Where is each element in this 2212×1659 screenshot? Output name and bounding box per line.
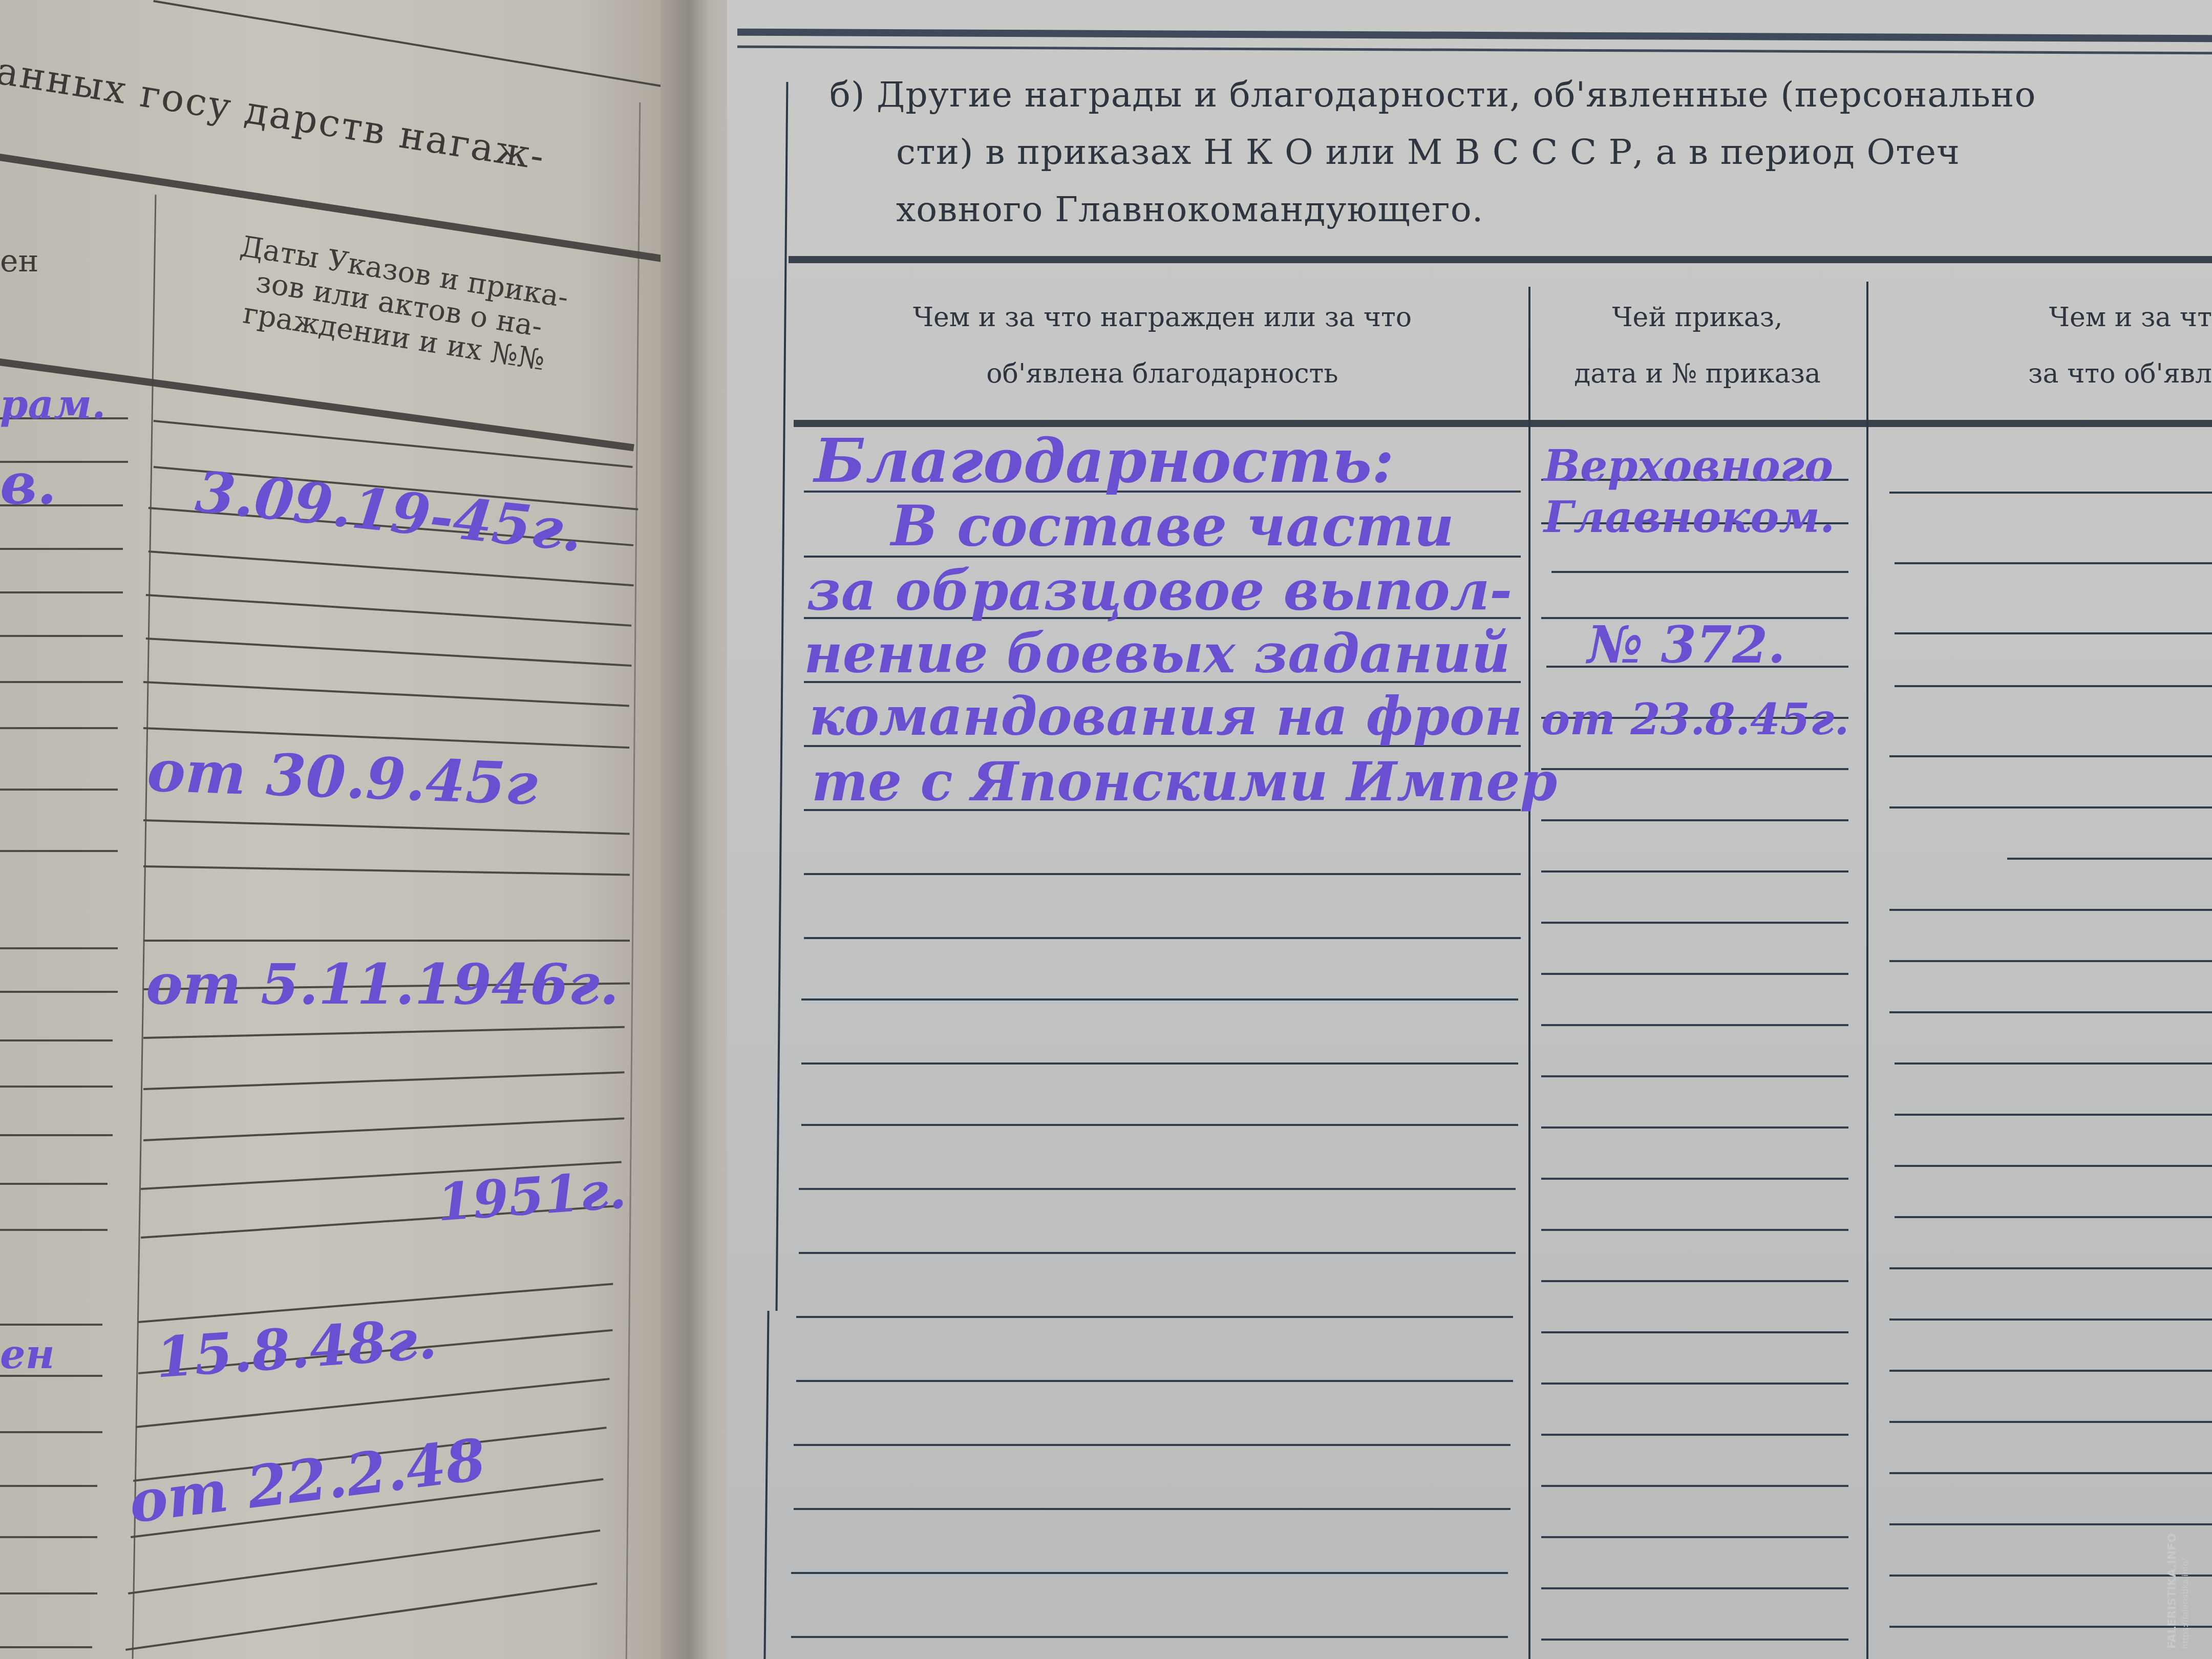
row-rule: [0, 1039, 113, 1041]
row-rule: [143, 1071, 625, 1090]
row-rule: [0, 681, 123, 683]
row-rule: [146, 594, 631, 627]
row-rule: [1541, 1639, 1848, 1641]
row-rule: [801, 998, 1518, 1001]
section-title-line: ховного Главнокомандующего.: [829, 181, 2212, 239]
row-rule: [0, 1485, 97, 1487]
row-rule: [1889, 755, 2212, 757]
row-rule: [1541, 1280, 1848, 1282]
row-rule: [1541, 819, 1848, 821]
row-rule: [791, 1636, 1508, 1638]
header-line: дата и № приказа: [1531, 346, 1864, 402]
row-rule: [143, 681, 629, 707]
row-rule: [143, 865, 630, 876]
row-rule: [794, 1508, 1511, 1510]
row-rule: [0, 1592, 97, 1594]
row-rule: [1541, 1126, 1848, 1129]
header-line: об'явлена благодарность: [799, 346, 1526, 402]
row-rule: [2007, 858, 2212, 860]
watermark-url: https://faleristika.info/: [2180, 1559, 2190, 1649]
row-rule: [1895, 1114, 2212, 1116]
handwritten-date: 15.8.48г.: [154, 1307, 439, 1391]
handwritten-award-line: нение боевых заданий: [804, 622, 1510, 685]
column-header-order: Чей приказ, дата и № приказа: [1531, 289, 1864, 402]
row-rule: [0, 947, 118, 949]
watermark-brand: FALERISTIKA.INFO: [2166, 1533, 2179, 1649]
watermark: FALERISTIKA.INFO https://faleristika.inf…: [2166, 1557, 2197, 1659]
row-rule: [0, 1183, 108, 1185]
section-title-line: сти) в приказах Н К О или М В С С С Р, а…: [829, 124, 2212, 181]
row-rule: [0, 1229, 108, 1231]
row-rule: [0, 727, 118, 729]
row-rule: [0, 1646, 92, 1648]
row-rule: [143, 940, 630, 942]
row-rule: [1541, 973, 1848, 975]
row-rule: [125, 1583, 598, 1651]
row-rule: [1889, 1472, 2212, 1474]
row-rule: [1541, 1382, 1848, 1385]
column-header-award: Чем и за что награжден или за что об'явл…: [799, 289, 1526, 402]
row-rule: [1889, 1626, 2212, 1628]
handwritten-award-line: за образцовое выпол-: [806, 558, 1512, 622]
row-rule: [791, 1572, 1508, 1574]
row-rule: [0, 548, 123, 550]
left-page: анных госу дарств нагаж- ен Даты Указов …: [0, 0, 681, 1659]
row-rule: [0, 1431, 102, 1433]
handwritten-award-line: В составе части: [891, 494, 1454, 559]
row-rule: [1541, 1331, 1848, 1333]
top-rule: [153, 0, 681, 91]
row-rule: [0, 1086, 113, 1088]
column-header-award-2: Чем и за чт за что об'явл: [1895, 289, 2212, 402]
column-divider: [1866, 282, 1868, 1659]
handwritten-award-line: те с Японскими Импер: [812, 750, 1557, 813]
row-rule: [143, 1117, 624, 1141]
row-rule: [1541, 768, 1848, 770]
row-rule: [1889, 1370, 2212, 1372]
row-rule: [143, 819, 630, 835]
row-rule: [1541, 1434, 1848, 1436]
row-rule: [1541, 870, 1848, 873]
row-rule: [1895, 685, 2212, 687]
handwritten-date: от 5.11.1946г.: [146, 952, 619, 1017]
handwritten-date: от 22.2.48: [125, 1426, 490, 1536]
row-rule: [0, 991, 118, 993]
row-rule: [1541, 1229, 1848, 1231]
column-divider: [1528, 287, 1530, 1659]
row-rule: [794, 1444, 1511, 1446]
handwritten-entry: ен: [0, 1331, 55, 1378]
row-rule: [804, 937, 1521, 939]
row-rule: [1889, 492, 2212, 494]
handwritten-order-issuer: Верховного: [1544, 440, 1833, 491]
handwritten-date: от 30.9.45г: [146, 737, 539, 818]
row-rule: [1889, 960, 2212, 962]
row-rule: [801, 1124, 1518, 1126]
row-rule: [799, 1188, 1516, 1190]
row-rule: [1895, 1165, 2212, 1167]
handwritten-award-line: Благодарность:: [814, 425, 1394, 496]
row-rule: [0, 1536, 97, 1538]
row-rule: [1541, 1485, 1848, 1487]
row-rule: [1895, 1216, 2212, 1218]
row-rule: [1889, 1011, 2212, 1013]
thick-rule: [789, 256, 2212, 263]
row-rule: [146, 637, 632, 667]
handwritten-entry: в.: [0, 451, 57, 517]
handwritten-date: 1951г.: [435, 1159, 628, 1232]
row-rule: [796, 1380, 1513, 1382]
row-rule: [1895, 1062, 2212, 1065]
section-title-line: б) Другие награды и благодарности, об'яв…: [829, 67, 2212, 124]
row-rule: [1889, 806, 2212, 809]
row-rule: [1895, 562, 2212, 564]
row-rule: [0, 591, 123, 593]
header-line: Чем и за чт: [1895, 289, 2212, 346]
handwritten-award-line: командования на фрон: [809, 686, 1522, 748]
right-page: [727, 0, 2212, 1659]
handwritten-order-date: от 23.8.45г.: [1541, 694, 1849, 745]
row-rule: [143, 1026, 625, 1039]
row-rule: [804, 873, 1521, 875]
row-rule: [1541, 922, 1848, 924]
row-rule: [1551, 571, 1848, 573]
row-rule: [0, 1324, 102, 1326]
row-rule: [1541, 1075, 1848, 1077]
row-rule: [0, 850, 118, 852]
handwritten-entry: рам.: [0, 381, 105, 428]
page-edge-line: [626, 102, 641, 1659]
header-line: за что об'явл: [1895, 346, 2212, 402]
handwritten-order-number: № 372.: [1587, 614, 1785, 675]
row-rule: [1541, 1587, 1848, 1589]
row-rule: [801, 1062, 1518, 1065]
row-rule: [1541, 1178, 1848, 1180]
row-rule: [796, 1316, 1513, 1318]
row-rule: [1541, 1024, 1848, 1026]
header-line: Чей приказ,: [1531, 289, 1864, 346]
row-rule: [1889, 1575, 2212, 1577]
handwritten-date: 3.09.19-45г.: [193, 458, 586, 565]
section-title: б) Другие награды и благодарности, об'яв…: [829, 67, 2212, 239]
row-rule: [128, 1529, 600, 1594]
row-rule: [799, 1252, 1516, 1254]
row-rule: [1889, 909, 2212, 911]
column-divider: [132, 195, 157, 1659]
row-rule: [0, 789, 118, 791]
row-rule: [1895, 632, 2212, 634]
row-rule: [0, 635, 123, 637]
row-rule: [1889, 1523, 2212, 1525]
row-rule: [1889, 1421, 2212, 1423]
row-rule: [1889, 1267, 2212, 1269]
handwritten-order-issuer: Главноком.: [1544, 492, 1835, 542]
row-rule: [0, 1134, 113, 1136]
left-column-header: ен: [0, 243, 39, 279]
row-rule: [1541, 1536, 1848, 1538]
header-line: Чем и за что награжден или за что: [799, 289, 1526, 346]
row-rule: [1889, 1318, 2212, 1321]
